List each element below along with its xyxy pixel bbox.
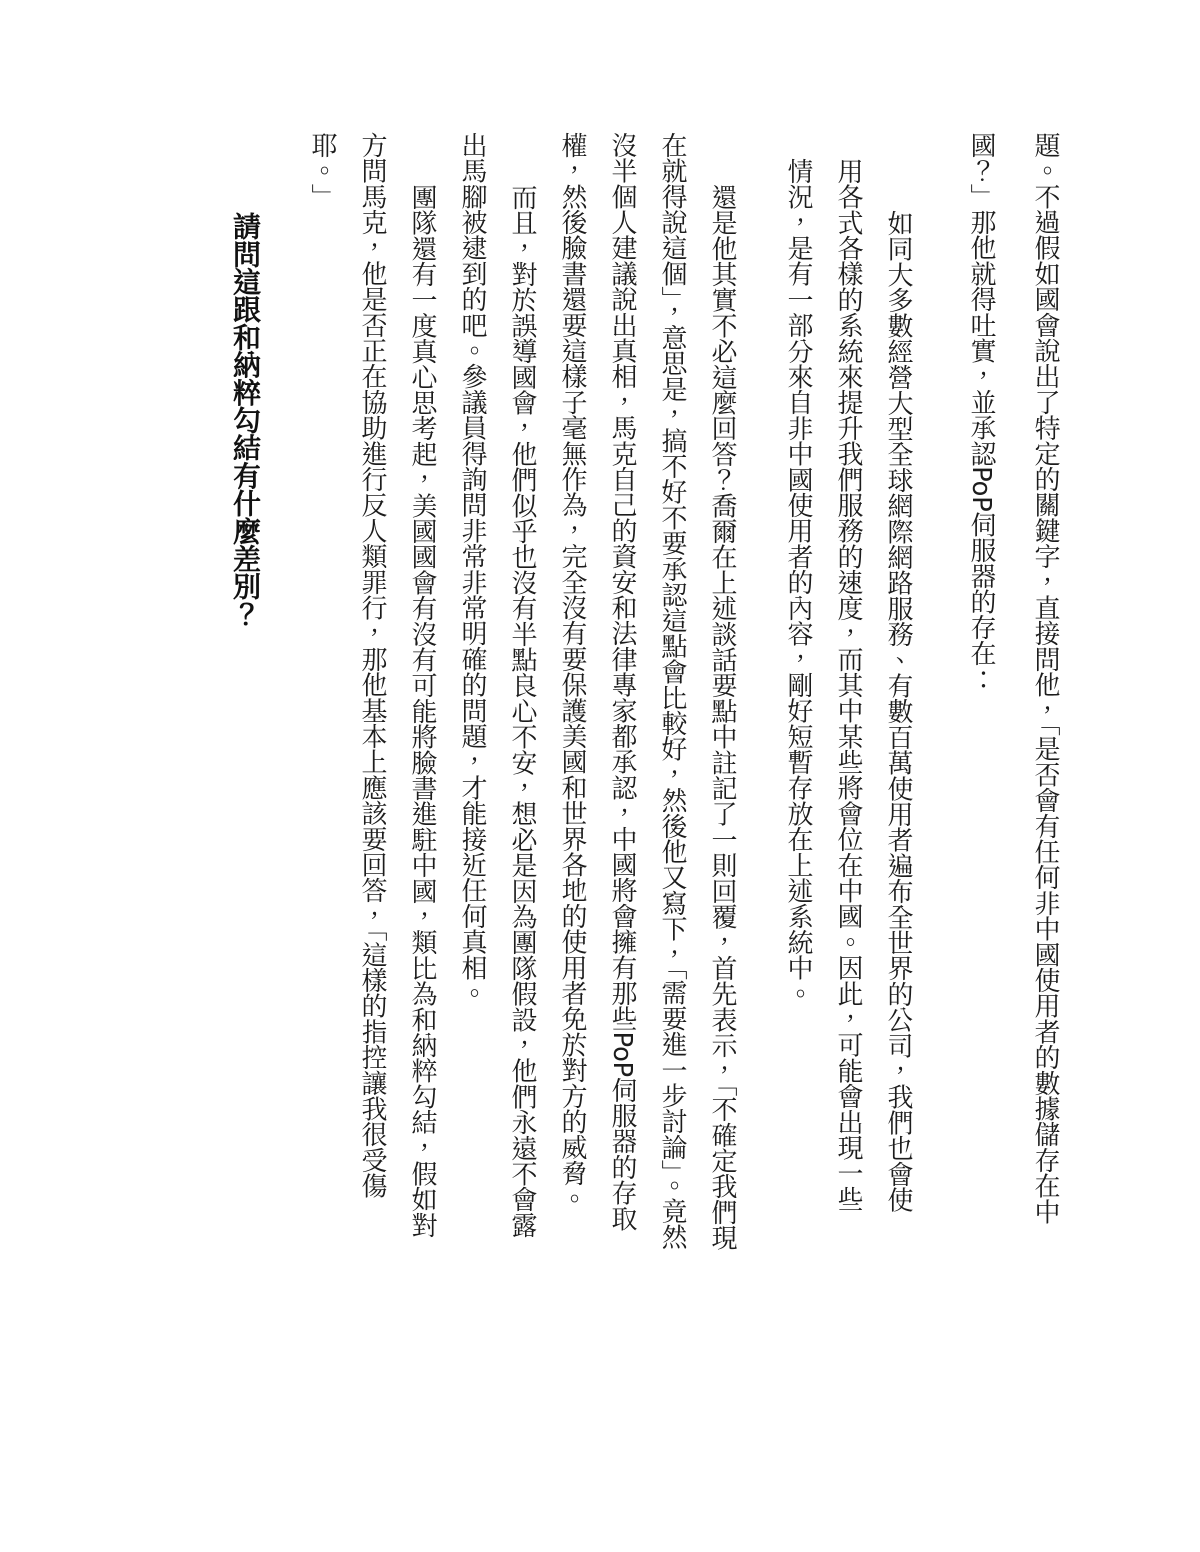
section-heading: 請問這跟和納粹勾結有什麼差別？ (220, 132, 270, 1252)
paragraph-nazi-analogy: 團隊還有一度真心思考起，美國國會有沒有可能將臉書進駐中國，類比為和納粹勾結，假如… (297, 132, 447, 1252)
vertical-text-block: 題。不過假如國會說出了特定的關鍵字，直接問他，「是否會有任何非中國使用者的數據儲… (220, 132, 1077, 1252)
blockquote-talking-points: 如同大多數經營大型全球網際網路服務、有數百萬使用者遍布全世界的公司，我們也會使用… (773, 158, 923, 1226)
book-page: 題。不過假如國會說出了特定的關鍵字，直接問他，「是否會有任何非中國使用者的數據儲… (0, 0, 1200, 1552)
paragraph-misleading-congress: 而且，對於誤導國會，他們似乎也沒有半點良心不安，想必是因為團隊假設，他們永遠不會… (447, 132, 547, 1252)
paragraph-continuation: 題。不過假如國會說出了特定的關鍵字，直接問他，「是否會有任何非中國使用者的數據儲… (949, 132, 1077, 1252)
paragraph-joel-reply: 還是他其實不必這麼回答？喬爾在上述談話要點中註記了一則回覆，首先表示，「不確定我… (547, 132, 747, 1252)
